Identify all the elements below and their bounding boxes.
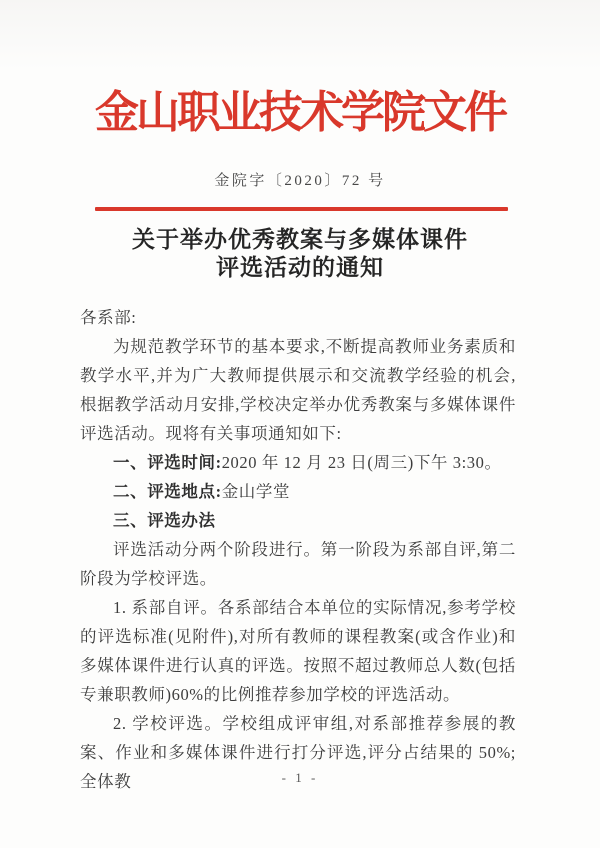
body-paragraph: 1. 系部自评。各系部结合本单位的实际情况,参考学校的评选标准(见附件),对所有… <box>80 593 516 709</box>
document-body: 各系部: 为规范教学环节的基本要求,不断提高教师业务素质和教学水平,并为广大教师… <box>80 303 516 796</box>
red-separator-line <box>95 207 508 211</box>
doc-number: 金院字〔2020〕72 号 <box>0 169 600 190</box>
page-number: - 1 - <box>0 770 600 786</box>
item-label: 一、评选时间: <box>113 453 222 472</box>
org-title: 金山职业技术学院文件 <box>0 76 600 140</box>
notice-item-method: 三、评选办法 <box>80 506 516 535</box>
intro-paragraph: 为规范教学环节的基本要求,不断提高教师业务素质和教学水平,并为广大教师提供展示和… <box>80 332 516 448</box>
document-title-line2: 评选活动的通知 <box>0 254 600 282</box>
scan-artifact <box>0 0 600 70</box>
document-page: 金山职业技术学院文件 金院字〔2020〕72 号 关于举办优秀教案与多媒体课件 … <box>0 0 600 848</box>
notice-item-time: 一、评选时间:2020 年 12 月 23 日(周三)下午 3:30。 <box>80 448 516 477</box>
salutation: 各系部: <box>80 303 516 332</box>
item-text: 金山学堂 <box>222 482 290 501</box>
document-title-line1: 关于举办优秀教案与多媒体课件 <box>0 226 600 254</box>
item-text: 2020 年 12 月 23 日(周三)下午 3:30。 <box>222 453 502 472</box>
item-label: 二、评选地点: <box>113 482 222 501</box>
notice-item-location: 二、评选地点:金山学堂 <box>80 477 516 506</box>
body-paragraph: 评选活动分两个阶段进行。第一阶段为系部自评,第二阶段为学校评选。 <box>80 535 516 593</box>
document-title: 关于举办优秀教案与多媒体课件 评选活动的通知 <box>0 226 600 282</box>
item-label: 三、评选办法 <box>113 511 216 530</box>
